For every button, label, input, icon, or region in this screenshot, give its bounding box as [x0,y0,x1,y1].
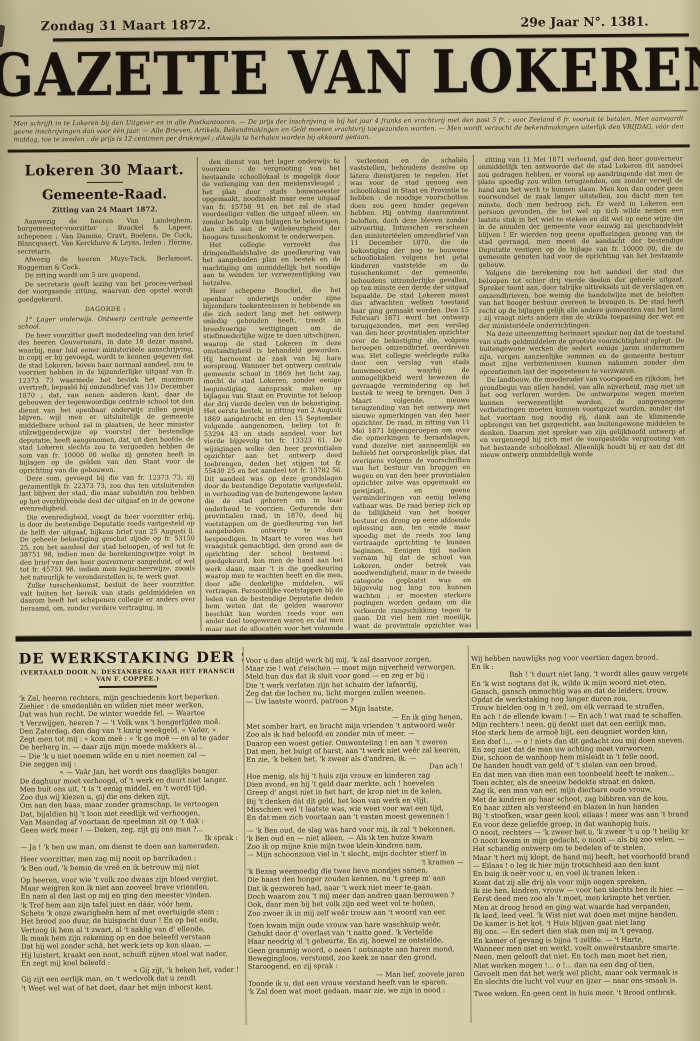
paragraph: den dienst van het lager onderwijs te vo… [202,158,341,242]
edition-date: Zondag 31 Maart 1872. [41,17,212,33]
feuilleton-column-1: DE WERKSTAKING DER SMEDEN. (VERTAALD DOO… [17,646,246,1026]
verse-line: Wij hebben nauwlijks nog voor veertien d… [471,653,688,663]
imprint-rule [8,144,690,152]
newspaper-title: GAZETTE VAN LOKEREN. [0,36,700,110]
dateline-divider [86,181,122,182]
news-column-2: den dienst van het lager onderwijs te vo… [197,156,349,631]
feuilleton-column-2: Voor u dan altijd werk bij mij, 'k zal d… [242,645,471,1025]
news-section: Lokeren 30 Maart. Gemeente-Raad. Zitting… [13,153,692,632]
news-column-3-body: verleenen en de schaliën vaststellen, be… [350,157,473,630]
paragraph: De heer voorzitter geeft mededeeling van… [18,331,194,475]
feuilleton-column-3: Wij hebben nauwlijks nog voor veertien d… [468,643,697,1023]
newspaper-sheet: Zondag 31 Maart 1872. 29e Jaar N°. 1381.… [0,0,700,1041]
paragraph: 1° Lager onderwijs. Ontwerp centrale gem… [18,315,193,331]
paragraph: Afwezig de heeren Muys-Tack, Berlamont, … [18,255,193,271]
news-column-1: Lokeren 30 Maart. Gemeente-Raad. Zitting… [13,157,201,632]
news-column-4: zitting van 11 Mei 1871 verleend, gaf de… [473,153,692,629]
verse-line: Neen, men gelooft dat niet. En toch men … [473,952,690,962]
paragraph: Aanwezig de heeren Van Landeghem, burgem… [17,217,192,256]
verse-line: Bij 't stoofken, waar geen kool, eilaas … [472,811,689,821]
paragraph: Deze som, gevoegd bij die van fr. 12373 … [19,474,194,513]
verse-line: Zoo zwoer ik in mij zelf weêr trouw aan … [247,908,464,918]
section-separator-rule [16,631,692,641]
verse-line: En dat men zich voortaan aan 't vasten m… [247,812,464,822]
paragraph: DAGORDE : [18,305,193,314]
paragraph: zitting van 11 Mei 1871 verleend, gaf de… [478,155,684,269]
feuilleton-section: DE WERKSTAKING DER SMEDEN. (VERTAALD DOO… [17,643,697,1026]
news-column-2-body: den dienst van het lager onderwijs te vo… [202,158,344,631]
verse-line: 'k Zal doen wat moet gedaan, maar zie, w… [248,986,465,996]
verse-line: Hij luistert, kraakt een noot, schuift z… [21,949,239,959]
paragraph: Heer schepene Bouckel, die het openbaar … [203,287,344,631]
article-dateline: Lokeren 30 Maart. [17,161,192,179]
verse-line: 't Weet wel wat of het doet, daar het mi… [21,983,239,993]
feuilleton-byline: (VERTAALD DOOR N. DESTANBERG NAAR HET FR… [19,668,237,684]
verse-line: Twee weken. En geen cent in huis meer. '… [474,989,691,999]
paragraph: Het collegie verzoekt dus dringendheidsh… [202,241,340,287]
article-title: Gemeente-Raad. [17,186,192,203]
news-column-1-body: Aanwezig de heeren Van Landeghem, burgem… [17,217,195,613]
feuilleton-title: DE WERKSTAKING DER SMEDEN. [19,649,237,668]
top-dateline-row: Zondag 31 Maart 1872. 29e Jaar N°. 1381. [0,0,697,34]
paragraph: De landbouw, die moederader van voorspoe… [480,375,686,459]
paragraph: Na deze uiteenzetting herinnert spreker … [479,329,684,376]
verse-line: — Die 'k u niet noemen wilde en u niet n… [19,751,237,761]
news-column-4-body: zitting van 11 Mei 1871 verleend, gaf de… [478,155,685,460]
newspaper-page: { "colors": { "paper": "#d5cead", "ink":… [0,0,700,1041]
imprint-text: Men schrijft in te Lokeren bij den Uitge… [14,115,684,145]
paragraph: Die evenredigheid, voegt de heer voorzit… [20,513,196,582]
paragraph: De secretaris geeft lezing van het proce… [18,280,193,304]
feuilleton-title-divider [99,685,157,687]
verse-column-3: Wij hebben nauwlijks nog voor veertien d… [471,653,690,999]
verse-column-2: Voor u dan altijd werk bij mij, 'k zal d… [245,655,464,997]
paragraph: Volgens die berekening zou het aandeel d… [479,268,684,330]
paragraph: Zulke tusschenkomst, besluit de heer voo… [20,581,195,612]
session-subtitle: Zitting van 24 Maart 1872. [17,204,192,214]
paragraph: verleenen en de schaliën vaststellen, be… [350,157,473,630]
verse-line: Het brood zoo duur, de huispacht duur ! … [21,916,239,926]
news-column-3: verleenen en de schaliën vaststellen, be… [345,155,477,630]
verse-column-1: 'k Zal, heeren rechters, mijn geschieden… [19,693,239,993]
issue-number: 29e Jaar N°. 1381. [520,14,648,30]
